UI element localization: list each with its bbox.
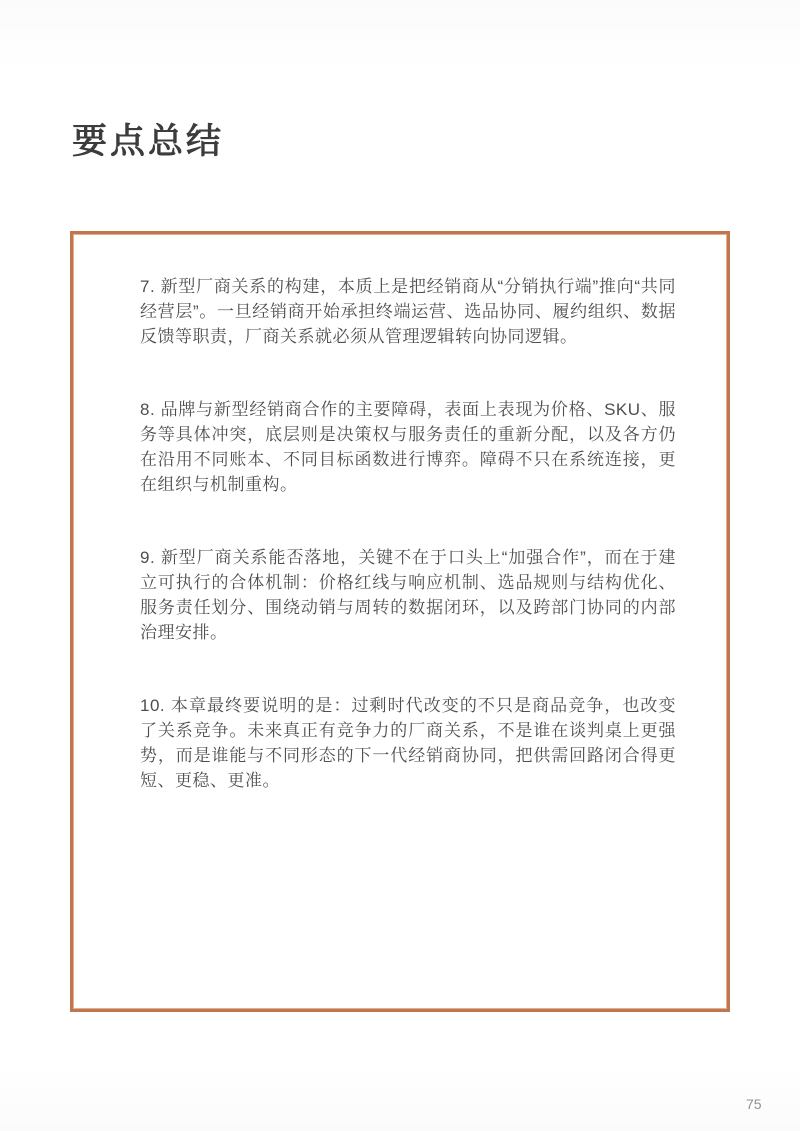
summary-box: 7. 新型厂商关系的构建，本质上是把经销商从“分销执行端”推向“共同经营层”。一… (70, 231, 730, 1012)
document-page: 要点总结 7. 新型厂商关系的构建，本质上是把经销商从“分销执行端”推向“共同经… (0, 0, 800, 1131)
summary-point-9: 9. 新型厂商关系能否落地，关键不在于口头上“加强合作”，而在于建立可执行的合体… (140, 545, 676, 645)
summary-point-10: 10. 本章最终要说明的是：过剩时代改变的不只是商品竞争，也改变了关系竞争。未来… (140, 693, 676, 793)
page-title: 要点总结 (72, 122, 224, 162)
summary-point-8: 8. 品牌与新型经销商合作的主要障碍，表面上表现为价格、SKU、服务等具体冲突，… (140, 397, 676, 497)
summary-point-7: 7. 新型厂商关系的构建，本质上是把经销商从“分销执行端”推向“共同经营层”。一… (140, 274, 676, 349)
page-number: 75 (746, 1096, 762, 1112)
